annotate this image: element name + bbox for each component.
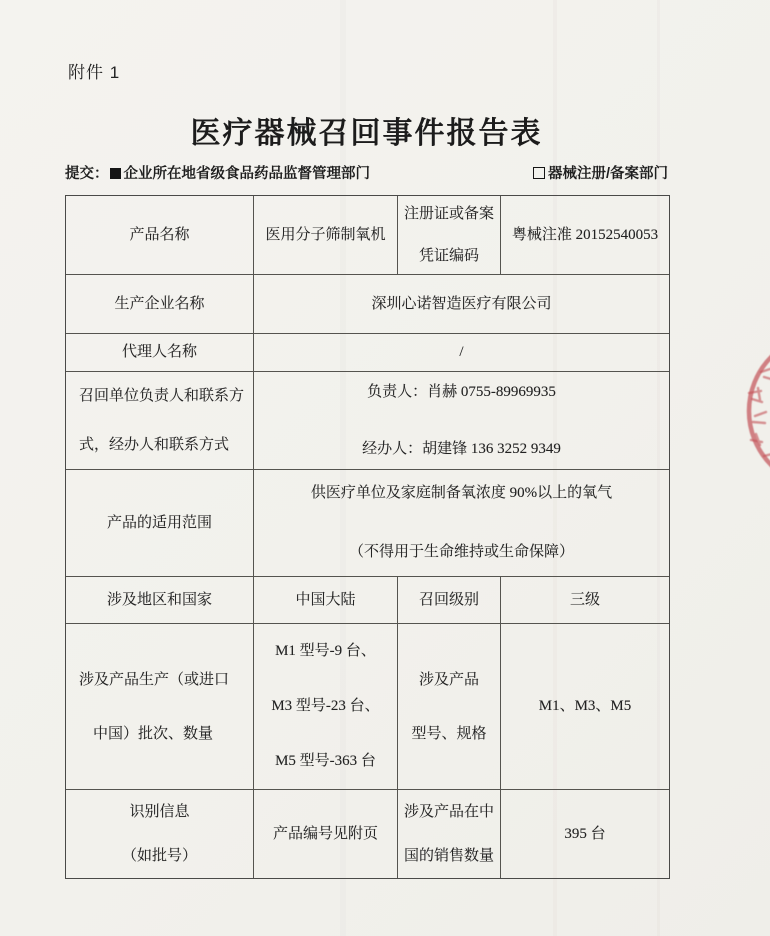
models-label-cell: 涉及产品 型号、规格 [398, 624, 501, 790]
region-value-cell: 中国大陆 [254, 577, 398, 624]
models-value-cell: M1、M3、M5 [501, 624, 669, 790]
recall-contact-person: 负责人：肖赫 0755-89969935 [367, 364, 556, 421]
scope-value-cell: 供医疗单位及家庭制备氧浓度 90%以上的氧气 （不得用于生命维持或生命保障） [254, 470, 669, 577]
batch-qty-m3: M3 型号-23 台、 [271, 679, 379, 734]
submit-right: 器械注册/备案部门 [532, 162, 668, 183]
scope-value-line2: （不得用于生命维持或生命保障） [349, 523, 574, 582]
agent-label-cell: 代理人名称 [66, 334, 254, 372]
submit-line: 提交：企业所在地省级食品药品监督管理部门 器械注册/备案部门 [65, 162, 668, 183]
recall-contact-label-line2: 式，经办人和联系方式 [79, 421, 229, 470]
id-info-label-line1: 识别信息 [129, 790, 189, 834]
recall-contact-label-line1: 召回单位负责人和联系方 [79, 372, 244, 421]
reg-number-value-cell: 粤械注准 20152540053 [501, 196, 669, 275]
seal-character-fragments [749, 369, 770, 456]
region-value: 中国大陆 [295, 590, 355, 610]
seal-ring [749, 350, 770, 476]
agent-label: 代理人名称 [122, 342, 197, 362]
product-name-value-cell: 医用分子筛制氧机 [254, 196, 398, 275]
id-info-label-cell: 识别信息 （如批号） [66, 790, 254, 878]
id-info-value: 产品编号见附页 [273, 824, 378, 844]
sales-qty-label-cell: 涉及产品在中 国的销售数量 [398, 790, 501, 878]
scope-label: 产品的适用范围 [107, 513, 212, 533]
sales-qty-value: 395 台 [564, 824, 605, 844]
submit-left: 提交：企业所在地省级食品药品监督管理部门 [65, 162, 370, 183]
recall-contact-label-cell: 召回单位负责人和联系方 式，经办人和联系方式 [66, 372, 254, 470]
recall-contact-value-cell: 负责人：肖赫 0755-89969935 经办人：胡建锋 136 3252 93… [254, 372, 669, 470]
page-title: 医疗器械召回事件报告表 [65, 108, 668, 152]
sales-qty-label-line2: 国的销售数量 [404, 834, 494, 878]
red-seal-stamp [731, 350, 770, 476]
product-name-label: 产品名称 [129, 225, 189, 245]
product-name-value: 医用分子筛制氧机 [265, 225, 385, 245]
scope-label-cell: 产品的适用范围 [66, 470, 254, 577]
batch-qty-label-line1: 涉及产品生产（或进口 [79, 653, 229, 707]
batch-qty-m5: M5 型号-363 台 [275, 734, 376, 789]
manufacturer-label-cell: 生产企业名称 [66, 275, 254, 334]
sales-qty-value-cell: 395 台 [501, 790, 669, 878]
recall-level-value-cell: 三级 [501, 577, 669, 624]
reg-number-label-line2: 凭证编码 [419, 235, 479, 277]
recall-level-label: 召回级别 [419, 590, 479, 610]
id-info-label-line2: （如批号） [122, 834, 197, 878]
manufacturer-label: 生产企业名称 [114, 294, 204, 314]
region-label: 涉及地区和国家 [107, 590, 212, 610]
scope-value-line1: 供医疗单位及家庭制备氧浓度 90%以上的氧气 [311, 464, 612, 523]
agent-value: / [459, 342, 463, 362]
id-info-value-cell: 产品编号见附页 [254, 790, 398, 878]
attachment-label: 附件 1 [68, 58, 120, 83]
batch-qty-value-cell: M1 型号-9 台、 M3 型号-23 台、 M5 型号-363 台 [254, 624, 398, 790]
recall-report-table: 产品名称 医用分子筛制氧机 注册证或备案 凭证编码 粤械注准 201525400… [65, 195, 670, 879]
red-seal-stamp-graphic [731, 350, 770, 476]
submit-option-provincial: 企业所在地省级食品药品监督管理部门 [124, 166, 371, 182]
batch-qty-label-cell: 涉及产品生产（或进口 中国）批次、数量 [66, 624, 254, 790]
reg-number-value: 粤械注准 20152540053 [512, 225, 658, 245]
submit-prefix: 提交： [65, 166, 109, 182]
manufacturer-value: 深圳心诺智造医疗有限公司 [371, 294, 551, 314]
unchecked-checkbox-icon [533, 167, 545, 179]
submit-option-registration: 器械注册/备案部门 [548, 166, 668, 182]
batch-qty-m1: M1 型号-9 台、 [275, 624, 376, 679]
checked-checkbox-icon [110, 168, 121, 179]
models-value: M1、M3、M5 [539, 696, 632, 716]
recall-level-label-cell: 召回级别 [398, 577, 501, 624]
reg-number-label-line1: 注册证或备案 [404, 193, 494, 235]
product-name-label-cell: 产品名称 [66, 196, 254, 275]
batch-qty-label-line2: 中国）批次、数量 [79, 707, 213, 761]
reg-number-label-cell: 注册证或备案 凭证编码 [398, 196, 501, 275]
manufacturer-value-cell: 深圳心诺智造医疗有限公司 [254, 275, 669, 334]
models-label-line2: 型号、规格 [411, 707, 486, 761]
recall-level-value: 三级 [570, 590, 600, 610]
region-label-cell: 涉及地区和国家 [66, 577, 254, 624]
sales-qty-label-line1: 涉及产品在中 [404, 790, 494, 834]
models-label-line1: 涉及产品 [419, 653, 479, 707]
